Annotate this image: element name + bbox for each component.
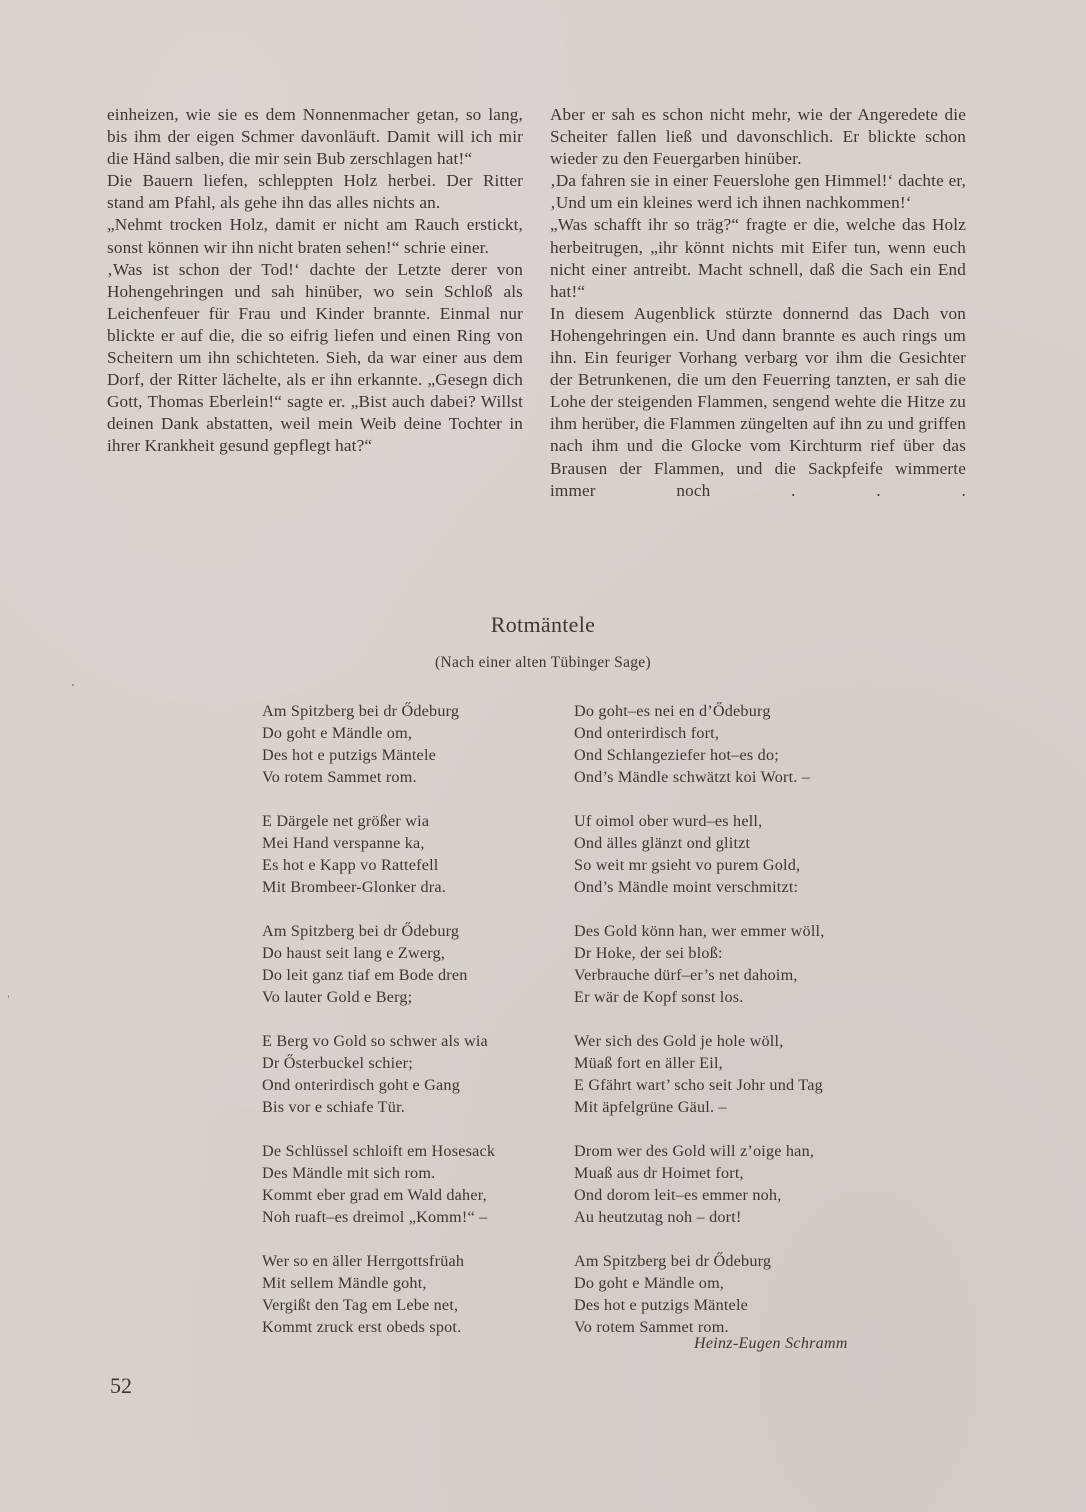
poem-line: Verbrauche dürf–er’s net dahoim,: [574, 964, 824, 986]
poem-stanza: Am Spitzberg bei dr Ődeburg Do haust sei…: [262, 920, 495, 1008]
poem-line: Dr Hoke, der sei bloß:: [574, 942, 824, 964]
poem-line: Do leit ganz tiaf em Bode dren: [262, 964, 495, 986]
poem-line: Dr Ősterbuckel schier;: [262, 1052, 495, 1074]
poem-line: Des hot e putzigs Mäntele: [574, 1294, 824, 1316]
poem-stanza: Drom wer des Gold will z’oige han, Muaß …: [574, 1140, 824, 1228]
poem-line: Vo lauter Gold e Berg;: [262, 986, 495, 1008]
poem-line: Ond onterirdisch fort,: [574, 722, 824, 744]
poem-line: Er wär de Kopf sonst los.: [574, 986, 824, 1008]
poem-line: Des hot e putzigs Mäntele: [262, 744, 495, 766]
poem-line: Noh ruaft–es dreimol „Komm!“ –: [262, 1206, 495, 1228]
poem-line: Au heutzutag noh – dort!: [574, 1206, 824, 1228]
poem-line: E Gfährt wart’ scho seit Johr und Tag: [574, 1074, 824, 1096]
prose-column-left: einheizen, wie sie es dem Nonnenmacher g…: [107, 104, 523, 458]
poem-line: Mei Hand verspanne ka,: [262, 832, 495, 854]
poem-line: Ond dorom leit–es emmer noh,: [574, 1184, 824, 1206]
poem-line: Mit sellem Mändle goht,: [262, 1272, 495, 1294]
poem-line: Do haust seit lang e Zwerg,: [262, 942, 495, 964]
poem-stanza: E Berg vo Gold so schwer als wia Dr Őste…: [262, 1030, 495, 1118]
poem-line: Ond onterirdisch goht e Gang: [262, 1074, 495, 1096]
poem-line: Do goht e Mändle om,: [262, 722, 495, 744]
page-number: 52: [110, 1373, 132, 1399]
poem-stanza: Des Gold könn han, wer emmer wöll, Dr Ho…: [574, 920, 824, 1008]
poem-line: Mit Brombeer-Glonker dra.: [262, 876, 495, 898]
poem-line: Des Mändle mit sich rom.: [262, 1162, 495, 1184]
poem-line: E Berg vo Gold so schwer als wia: [262, 1030, 495, 1052]
prose-paragraph: ‚Was ist schon der Tod!‘ dachte der Letz…: [107, 259, 523, 458]
poem-line: Des Gold könn han, wer emmer wöll,: [574, 920, 824, 942]
poem-line: Ond’s Mändle schwätzt koi Wort. –: [574, 766, 824, 788]
prose-paragraph: Aber er sah es schon nicht mehr, wie der…: [550, 104, 966, 170]
poem-line: Muaß aus dr Hoimet fort,: [574, 1162, 824, 1184]
poem-line: Ond’s Mändle moint verschmitzt:: [574, 876, 824, 898]
poem-column-left: Am Spitzberg bei dr Ődeburg Do goht e Mä…: [262, 700, 495, 1360]
poem-stanza: Uf oimol ober wurd–es hell, Ond älles gl…: [574, 810, 824, 898]
poem-line: Do goht e Mändle om,: [574, 1272, 824, 1294]
book-page: einheizen, wie sie es dem Nonnenmacher g…: [0, 0, 1086, 1512]
prose-paragraph: „Was schafft ihr so träg?“ fragte er die…: [550, 214, 966, 302]
poem-stanza: Am Spitzberg bei dr Ődeburg Do goht e Mä…: [262, 700, 495, 788]
poem-line: E Därgele net größer wia: [262, 810, 495, 832]
poem-stanza: Do goht–es nei en d’Ődeburg Ond onterird…: [574, 700, 824, 788]
poem-column-right: Do goht–es nei en d’Ődeburg Ond onterird…: [574, 700, 824, 1360]
paper-speck: [72, 684, 74, 686]
poem-title: Rotmäntele: [0, 612, 1086, 638]
prose-paragraph: ‚Da fahren sie in einer Feuerslohe gen H…: [550, 170, 966, 214]
poem-line: Wer sich des Gold je hole wöll,: [574, 1030, 824, 1052]
poem-stanza: Am Spitzberg bei dr Ődeburg Do goht e Mä…: [574, 1250, 824, 1338]
poem-line: Am Spitzberg bei dr Ődeburg: [262, 920, 495, 942]
poem-stanza: E Därgele net größer wia Mei Hand verspa…: [262, 810, 495, 898]
poem-stanza: De Schlüssel schloift em Hosesack Des Mä…: [262, 1140, 495, 1228]
paper-speck: [8, 995, 9, 998]
poem-line: So weit mr gsieht vo purem Gold,: [574, 854, 824, 876]
poem-line: Uf oimol ober wurd–es hell,: [574, 810, 824, 832]
poem-line: Müaß fort en äller Eil,: [574, 1052, 824, 1074]
prose-paragraph: In diesem Augenblick stürzte donnernd da…: [550, 303, 966, 502]
poem-line: Mit äpfelgrüne Gäul. –: [574, 1096, 824, 1118]
poem-line: Ond Schlangeziefer hot–es do;: [574, 744, 824, 766]
prose-paragraph: Die Bauern liefen, schleppten Holz herbe…: [107, 170, 523, 214]
poem-line: Bis vor e schiafe Tür.: [262, 1096, 495, 1118]
prose-paragraph: „Nehmt trocken Holz, damit er nicht am R…: [107, 214, 523, 258]
poem-line: De Schlüssel schloift em Hosesack: [262, 1140, 495, 1162]
poem-line: Drom wer des Gold will z’oige han,: [574, 1140, 824, 1162]
poem-stanza: Wer so en äller Herrgottsfrüah Mit selle…: [262, 1250, 495, 1338]
poem-line: Ond älles glänzt ond glitzt: [574, 832, 824, 854]
poem-line: Vo rotem Sammet rom.: [262, 766, 495, 788]
poem-subtitle: (Nach einer alten Tübinger Sage): [0, 654, 1086, 672]
poem-line: Am Spitzberg bei dr Ődeburg: [574, 1250, 824, 1272]
poem-stanza: Wer sich des Gold je hole wöll, Müaß for…: [574, 1030, 824, 1118]
poem-line: Do goht–es nei en d’Ődeburg: [574, 700, 824, 722]
poem-line: Kommt eber grad em Wald daher,: [262, 1184, 495, 1206]
poem-line: Kommt zruck erst obeds spot.: [262, 1316, 495, 1338]
poem-line: Es hot e Kapp vo Rattefell: [262, 854, 495, 876]
prose-paragraph: einheizen, wie sie es dem Nonnenmacher g…: [107, 104, 523, 170]
poem-line: Wer so en äller Herrgottsfrüah: [262, 1250, 495, 1272]
prose-column-right: Aber er sah es schon nicht mehr, wie der…: [550, 104, 966, 502]
author-signature: Heinz-Eugen Schramm: [694, 1335, 848, 1353]
poem-line: Am Spitzberg bei dr Ődeburg: [262, 700, 495, 722]
poem-line: Vergißt den Tag em Lebe net,: [262, 1294, 495, 1316]
